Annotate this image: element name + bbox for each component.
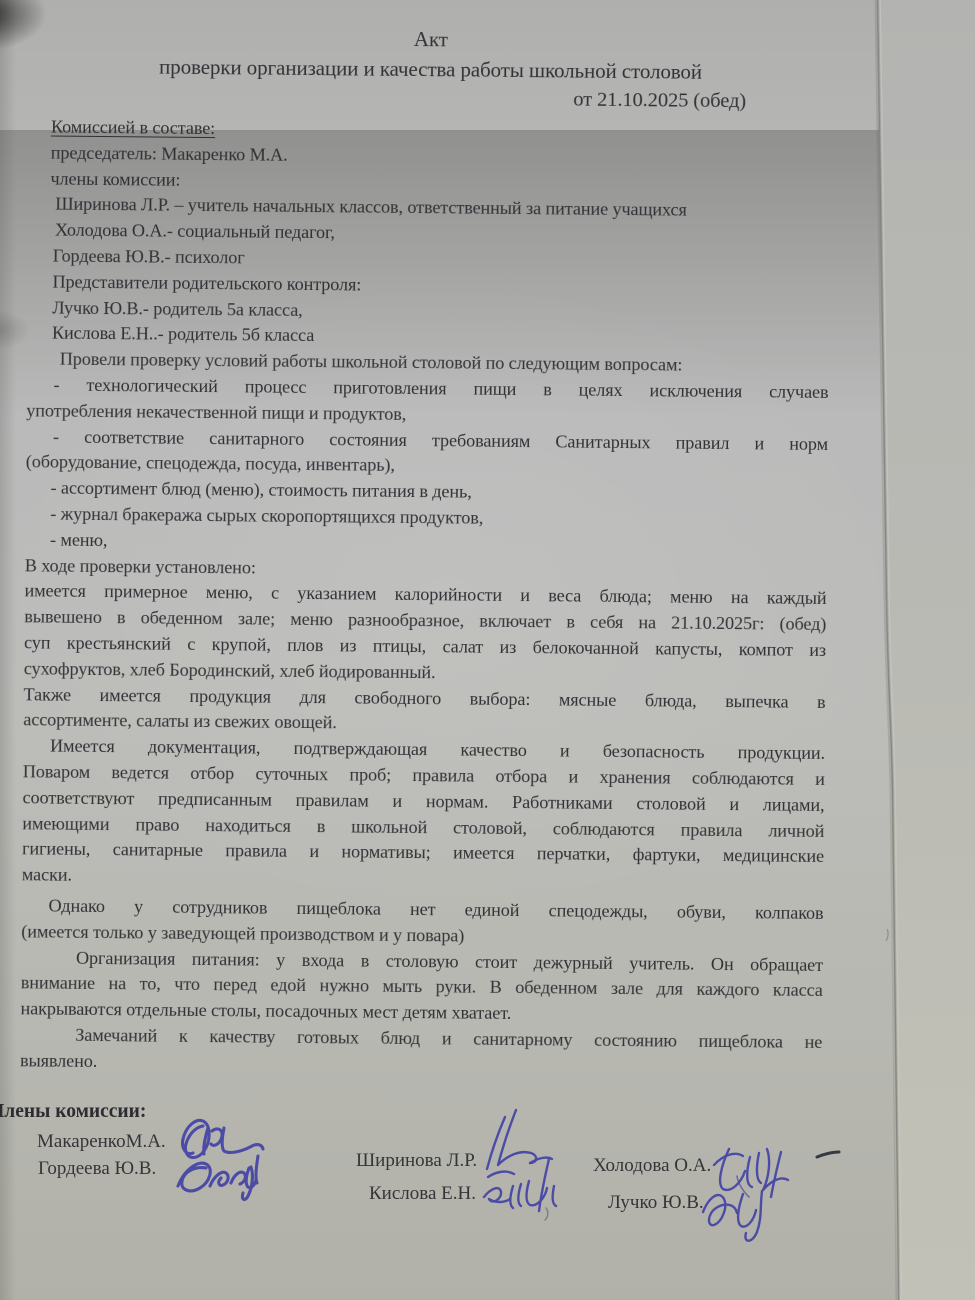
document-text: Акт проверки организации и качества рабо… — [20, 20, 832, 1081]
signature-label-luchko: Лучко Ю.В. — [608, 1192, 704, 1214]
signature-label-kholodova: Холодова О.А. — [593, 1155, 711, 1177]
signature-label-shirinova: Ширинова Л.Р. — [356, 1150, 477, 1172]
scanned-document-photo: Акт проверки организации и качества рабо… — [0, 0, 975, 1300]
signature-label-gordeeva: Гордеева Ю.В. — [38, 1158, 156, 1180]
signature-label-makarenko: МакаренкоМ.А. — [37, 1131, 166, 1153]
commission-heading-text: Комиссией в составе: — [51, 117, 215, 139]
signatures-heading: Члены комиссии: — [0, 1101, 146, 1123]
signature-label-kislova: Кислова Е.Н. — [369, 1183, 476, 1205]
